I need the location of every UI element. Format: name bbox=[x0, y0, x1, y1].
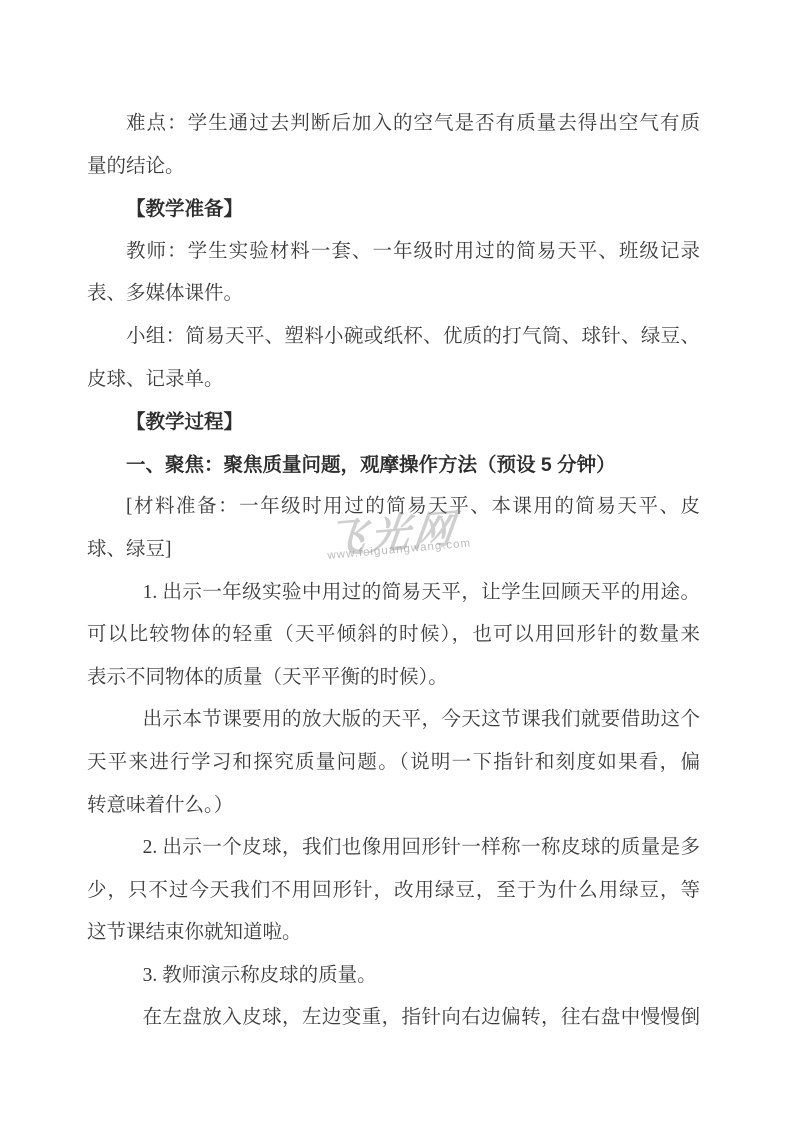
text-line: 天平来进行学习和探究质量问题。（说明一下指针和刻度如果看，偏 bbox=[87, 742, 700, 785]
text-line: [材料准备：一年级时用过的简易天平、本课用的简易天平、皮 bbox=[87, 486, 700, 529]
text-line: 教师：学生实验材料一套、一年级时用过的简易天平、班级记录 bbox=[87, 231, 700, 274]
text-line: 表示不同物体的质量（天平平衡的时候）。 bbox=[87, 657, 700, 700]
text-line: 2. 出示一个皮球，我们也像用回形针一样称一称皮球的质量是多 bbox=[87, 827, 700, 870]
section-heading-process: 【教学过程】 bbox=[87, 401, 700, 444]
text-line: 3. 教师演示称皮球的质量。 bbox=[87, 955, 700, 998]
text-line: 量的结论。 bbox=[87, 146, 700, 189]
document-page: 难点：学生通过去判断后加入的空气是否有质量去得出空气有质 量的结论。 【教学准备… bbox=[0, 0, 793, 1122]
text-line: 小组：简易天平、塑料小碗或纸杯、优质的打气筒、球针、绿豆、 bbox=[87, 316, 700, 359]
text-line: 表、多媒体课件。 bbox=[87, 273, 700, 316]
document-body: 难点：学生通过去判断后加入的空气是否有质量去得出空气有质 量的结论。 【教学准备… bbox=[87, 103, 700, 1040]
text-line: 出示本节课要用的放大版的天平，今天这节课我们就要借助这个 bbox=[87, 699, 700, 742]
text-line: 球、绿豆] bbox=[87, 529, 700, 572]
text-line: 可以比较物体的轻重（天平倾斜的时候），也可以用回形针的数量来 bbox=[87, 614, 700, 657]
section-heading-preparation: 【教学准备】 bbox=[87, 188, 700, 231]
text-line: 转意味着什么。） bbox=[87, 785, 700, 828]
text-line: 难点：学生通过去判断后加入的空气是否有质量去得出空气有质 bbox=[87, 103, 700, 146]
text-line: 少，只不过今天我们不用回形针，改用绿豆，至于为什么用绿豆，等 bbox=[87, 870, 700, 913]
text-line: 在左盘放入皮球，左边变重，指针向右边偏转，往右盘中慢慢倒 bbox=[87, 997, 700, 1040]
text-line: 皮球、记录单。 bbox=[87, 359, 700, 402]
text-line: 1. 出示一年级实验中用过的简易天平，让学生回顾天平的用途。 bbox=[87, 572, 700, 615]
subsection-heading-focus: 一、聚焦：聚焦质量问题，观摩操作方法（预设 5 分钟） bbox=[87, 444, 700, 487]
text-line: 这节课结束你就知道啦。 bbox=[87, 912, 700, 955]
